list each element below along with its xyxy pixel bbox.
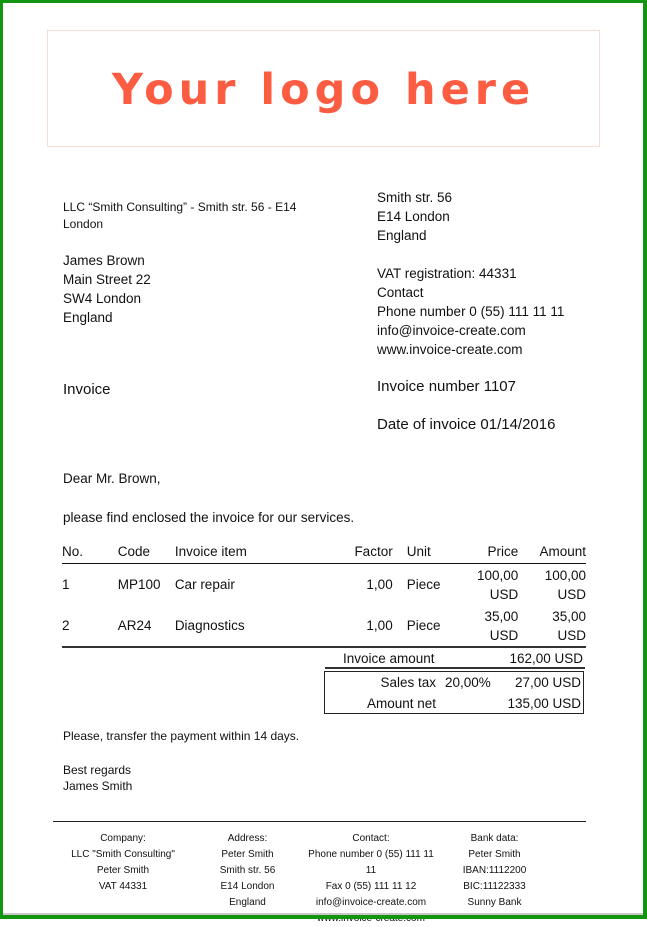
document-frame [0,0,647,919]
